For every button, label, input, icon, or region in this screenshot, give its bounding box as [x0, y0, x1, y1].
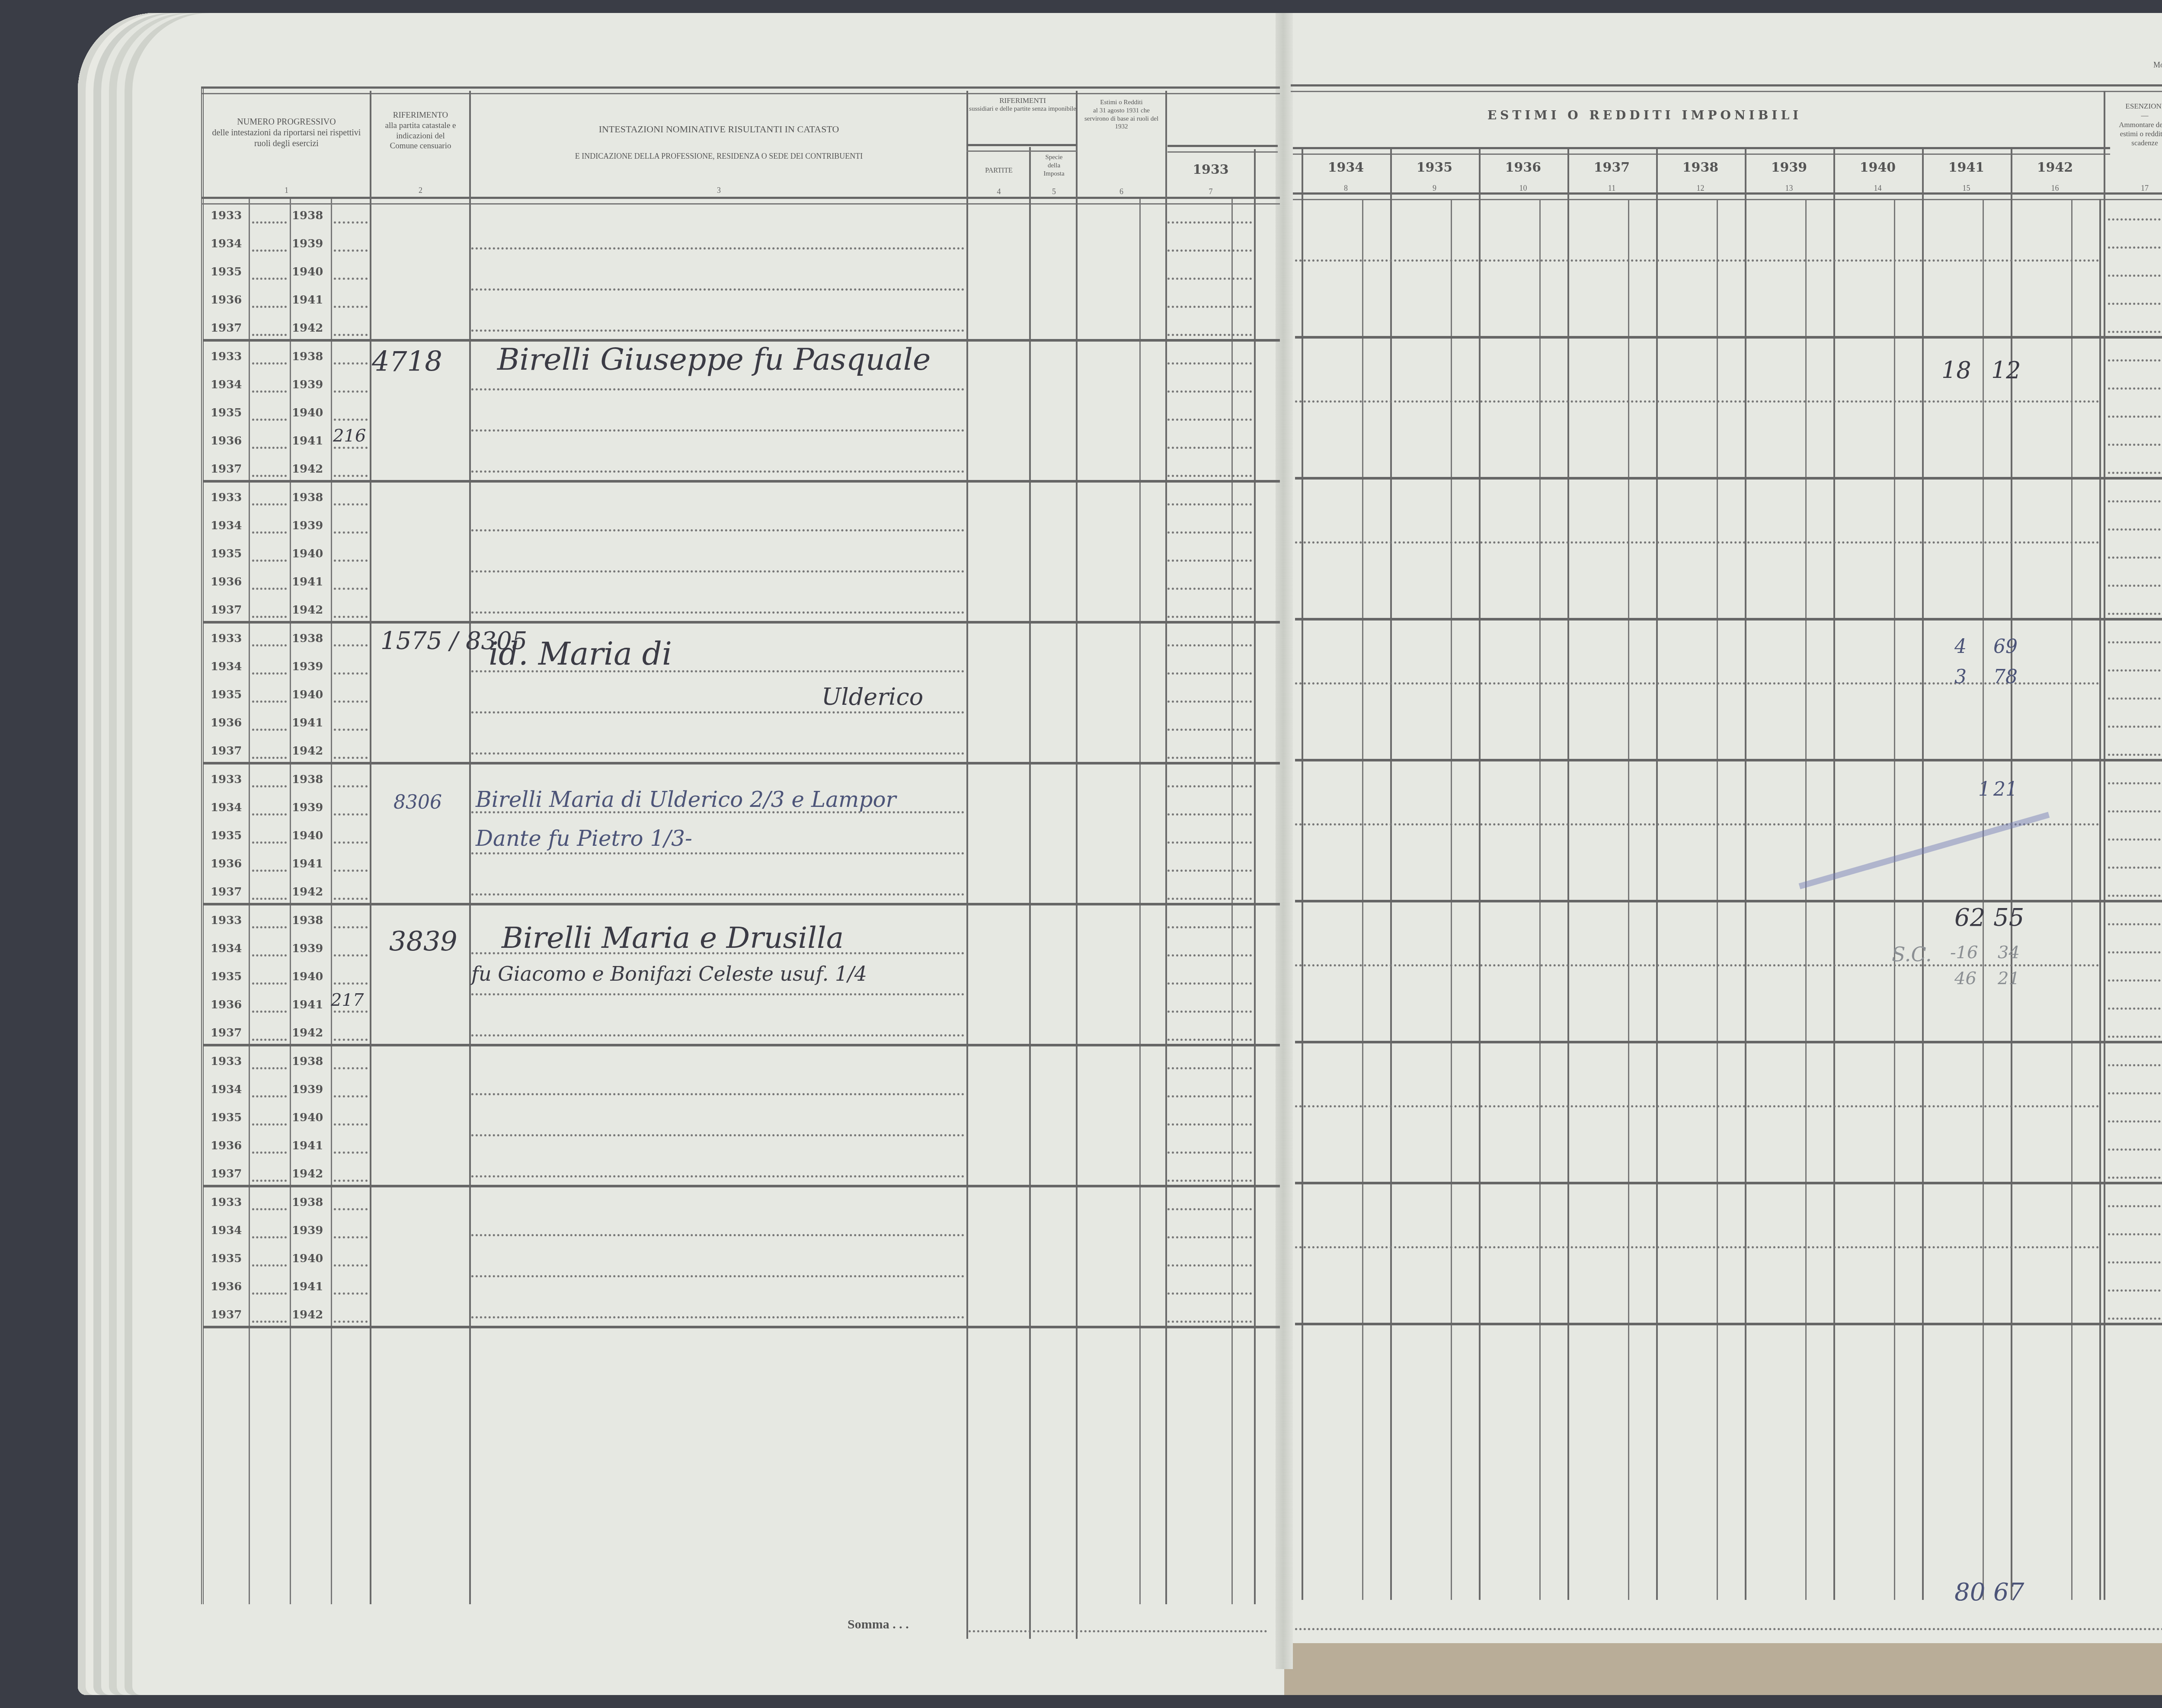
entry-intestazione-line1: Birelli Maria e Drusilla — [502, 921, 844, 955]
dotted-line — [252, 1095, 287, 1097]
dotted-line — [252, 1292, 287, 1295]
name-line — [471, 852, 964, 854]
header-body: sussidiari e delle partite senza imponib… — [969, 105, 1077, 113]
esenzioni-line — [2108, 1092, 2162, 1094]
dotted-line — [1167, 362, 1252, 365]
form-code: Mod. 111 - Imposte Dirette (Intercalare)… — [2153, 61, 2162, 70]
year-col-header: 1934 — [1302, 160, 1390, 175]
name-line — [471, 288, 964, 291]
dotted-line — [1167, 1123, 1252, 1126]
adjustment-cent: 34 — [1998, 943, 2020, 963]
year-label-a: 1934 — [211, 801, 242, 814]
year-label-a: 1935 — [211, 1111, 242, 1124]
header-col3-title: INTESTAZIONI NOMINATIVE RISULTANTI IN CA… — [471, 123, 966, 135]
year-label-b: 1942 — [292, 1308, 323, 1321]
esenzioni-line — [2108, 585, 2162, 587]
name-line — [471, 247, 964, 249]
esenzioni-line — [2108, 1148, 2162, 1151]
dotted-line — [334, 278, 368, 280]
year-label-a: 1933 — [211, 350, 242, 363]
dotted-line — [1167, 672, 1252, 675]
dotted-line — [334, 531, 368, 534]
esenzioni-line — [2108, 979, 2162, 982]
block-separator — [1295, 1323, 2162, 1325]
dotted-line — [252, 898, 287, 900]
dotted-line — [252, 503, 287, 505]
section-title: ESTIMI O REDDITI IMPONIBILI — [1487, 108, 1802, 122]
header-col6: Estimi o Redditi al 31 agosto 1931 che s… — [1078, 99, 1165, 131]
name-line — [471, 993, 964, 995]
year-col-header: 1939 — [1745, 160, 1833, 175]
year-label-b: 1939 — [292, 237, 323, 250]
cent-divider — [1451, 199, 1452, 1600]
dotted-line — [252, 334, 287, 336]
dotted-line — [334, 785, 368, 787]
dotted-line — [334, 616, 368, 618]
year-label-b: 1938 — [292, 209, 323, 222]
esenzioni-line — [2108, 726, 2162, 728]
dotted-line — [252, 447, 287, 449]
dotted-line — [252, 1321, 287, 1323]
dotted-line — [252, 221, 287, 224]
value-1941-cent: 21 — [1993, 778, 2018, 800]
dotted-line — [1167, 644, 1252, 646]
esenzioni-line — [2108, 1177, 2162, 1179]
col-number: 14 — [1833, 184, 1922, 193]
year-label-a: 1936 — [211, 1280, 242, 1293]
dotted-line — [334, 954, 368, 956]
year-col-divider — [1656, 149, 1658, 1600]
dotted-line — [1167, 616, 1252, 618]
year-label-b: 1938 — [292, 914, 323, 927]
header-body: alla partita catastale e indicazioni del… — [372, 121, 469, 151]
dotted-line — [252, 362, 287, 365]
year-col-header: 1940 — [1833, 160, 1922, 175]
dotted-line — [1167, 503, 1252, 505]
dotted-line — [252, 1151, 287, 1154]
year-label-b: 1942 — [292, 463, 323, 476]
esenzioni-line — [2108, 641, 2162, 643]
block-separator — [203, 903, 1280, 905]
dotted-line — [334, 898, 368, 900]
cent-divider — [1983, 199, 1984, 1600]
dotted-line — [1167, 813, 1252, 816]
esenzioni-line — [2108, 1289, 2162, 1292]
col-subdivider — [290, 199, 291, 1604]
header-bottom-rule — [1293, 192, 2162, 200]
year-label-b: 1941 — [292, 294, 323, 307]
dotted-line — [334, 1321, 368, 1323]
dotted-line — [252, 982, 287, 985]
dotted-line — [252, 1264, 287, 1267]
dotted-line — [334, 1123, 368, 1126]
block-separator — [203, 621, 1280, 624]
name-line — [471, 752, 964, 755]
header-col7-year: 1933 — [1167, 162, 1254, 177]
value-1941-cent: 69 — [1993, 636, 2018, 658]
block-separator — [203, 1326, 1280, 1328]
value-1941-cent: 55 — [1993, 904, 2024, 932]
cent-divider — [1805, 199, 1807, 1600]
dotted-line — [1167, 1236, 1252, 1238]
dotted-line — [252, 1208, 287, 1210]
dotted-line — [1167, 390, 1252, 393]
year-label-a: 1937 — [211, 1167, 242, 1180]
year-label-a: 1936 — [211, 576, 242, 589]
cent-divider — [1539, 199, 1541, 1600]
dotted-line — [252, 729, 287, 731]
dotted-line — [252, 278, 287, 280]
year-label-b: 1941 — [292, 857, 323, 870]
dotted-line — [1167, 1039, 1252, 1041]
value-1941-lire-2: 3 — [1954, 666, 1967, 688]
esenzioni-line — [2108, 218, 2162, 221]
entry-riferimento: 4718 — [372, 346, 442, 378]
name-line — [471, 329, 964, 332]
year-label-b: 1939 — [292, 1083, 323, 1096]
dotted-line — [1167, 475, 1252, 477]
esenzioni-line — [2108, 838, 2162, 841]
year-col-header: 1942 — [2011, 160, 2099, 175]
esenzioni-line — [2108, 246, 2162, 249]
dotted-line — [334, 334, 368, 336]
block-separator — [203, 762, 1280, 764]
year-col-header: 1935 — [1390, 160, 1479, 175]
esenzioni-line — [2108, 1120, 2162, 1123]
somma-divider — [1076, 1600, 1078, 1639]
year-label-a: 1936 — [211, 1139, 242, 1152]
col-number: 6 — [1078, 187, 1165, 196]
dotted-line — [334, 588, 368, 590]
year-label-b: 1941 — [292, 1139, 323, 1152]
year-label-a: 1934 — [211, 660, 242, 673]
entry-riferimento: 3839 — [389, 925, 457, 957]
value-line — [1295, 682, 2099, 684]
value-line — [1295, 823, 2099, 825]
entry-intestazione-line1: id. Maria di — [489, 636, 672, 672]
year-label-a: 1937 — [211, 745, 242, 758]
esenzioni-line — [2108, 697, 2162, 700]
dotted-line — [334, 1039, 368, 1041]
dotted-line — [334, 841, 368, 844]
year-label-a: 1936 — [211, 857, 242, 870]
col-divider — [2104, 91, 2105, 1600]
adjustment-lire: -16 — [1950, 943, 1978, 963]
year-label-a: 1935 — [211, 265, 242, 278]
col-number: 13 — [1745, 184, 1833, 193]
dotted-line — [334, 447, 368, 449]
esenzioni-line — [2108, 1318, 2162, 1320]
year-label-a: 1936 — [211, 998, 242, 1011]
col-divider — [1076, 91, 1078, 1604]
dotted-line — [334, 390, 368, 393]
dotted-line — [1167, 898, 1252, 900]
year-label-a: 1933 — [211, 491, 242, 504]
cent-divider — [1717, 199, 1718, 1600]
net-lire: 46 — [1954, 969, 1977, 988]
dotted-line — [334, 672, 368, 675]
dotted-line — [1167, 419, 1252, 421]
dotted-line — [252, 1039, 287, 1041]
header-col4: PARTITE — [969, 166, 1029, 175]
dotted-line — [1167, 757, 1252, 759]
year-label-b: 1940 — [292, 1111, 323, 1124]
entry-intestazione-line2: Dante fu Pietro 1/3- — [476, 826, 692, 851]
year-label-b: 1939 — [292, 801, 323, 814]
dotted-line — [252, 870, 287, 872]
cent-divider — [2071, 199, 2072, 1600]
dotted-line — [334, 362, 368, 365]
dotted-line — [252, 1236, 287, 1238]
esenzioni-line — [2108, 810, 2162, 812]
esenzioni-line — [2108, 1036, 2162, 1038]
year-label-b: 1939 — [292, 519, 323, 532]
name-line — [471, 711, 964, 713]
col-number: 15 — [1922, 184, 2011, 193]
col-number: 4 — [969, 187, 1029, 196]
header-body: delle intestazioni da riportarsi nei ris… — [203, 128, 370, 149]
year-label-b: 1939 — [292, 942, 323, 955]
dotted-line — [1167, 1151, 1252, 1154]
dotted-line — [334, 1236, 368, 1238]
header-title: RIFERIMENTO — [372, 110, 469, 121]
value-1941-lire: 4 — [1954, 636, 1967, 658]
year-label-b: 1938 — [292, 773, 323, 786]
name-line — [471, 429, 964, 432]
name-line — [471, 1316, 964, 1318]
cent-divider — [1894, 199, 1895, 1600]
dotted-line — [1167, 531, 1252, 534]
esenzioni-line — [2108, 895, 2162, 897]
year-label-b: 1942 — [292, 1027, 323, 1040]
year-label-b: 1938 — [292, 1055, 323, 1068]
dotted-line — [1167, 1264, 1252, 1267]
year-label-b: 1942 — [292, 604, 323, 617]
block-separator — [1295, 477, 2162, 480]
entry-riferimento: 8306 — [393, 791, 442, 813]
esenzioni-line — [2108, 472, 2162, 474]
dotted-line — [252, 531, 287, 534]
col-number: 9 — [1390, 184, 1479, 193]
value-1941-cent: 12 — [1991, 357, 2021, 384]
year-label-a: 1937 — [211, 886, 242, 899]
dotted-line — [1167, 334, 1252, 336]
col-number: 7 — [1167, 187, 1254, 196]
cent-divider — [1362, 199, 1363, 1600]
year-label-a: 1936 — [211, 294, 242, 307]
year-label-a: 1937 — [211, 322, 242, 335]
dotted-line — [1167, 588, 1252, 590]
year-label-a: 1933 — [211, 1196, 242, 1209]
top-double-rule — [1291, 84, 2162, 92]
year-col-divider — [1745, 149, 1746, 1600]
year-label-b: 1941 — [292, 998, 323, 1011]
dotted-line — [252, 419, 287, 421]
dotted-line — [334, 1011, 368, 1013]
cent-divider — [1628, 199, 1629, 1600]
block-separator — [1295, 618, 2162, 621]
dotted-line — [1167, 1208, 1252, 1210]
dotted-line — [252, 390, 287, 393]
dotted-line — [1167, 221, 1252, 224]
esenzioni-line — [2108, 416, 2162, 418]
dotted-line — [334, 1095, 368, 1097]
dotted-line — [1167, 954, 1252, 956]
name-line — [471, 893, 964, 896]
dotted-line — [1167, 785, 1252, 787]
esenzioni-line — [2108, 303, 2162, 305]
year-col-header: 1937 — [1567, 160, 1656, 175]
dotted-line — [252, 841, 287, 844]
year-label-a: 1934 — [211, 237, 242, 250]
year-label-b: 1940 — [292, 265, 323, 278]
dotted-line — [334, 1180, 368, 1182]
year-label-b: 1939 — [292, 1224, 323, 1237]
name-line — [471, 1234, 964, 1236]
net-cent: 21 — [1998, 969, 2020, 988]
col-divider — [469, 91, 471, 1604]
name-line — [471, 611, 964, 614]
total-1941-lire: 80 — [1954, 1578, 1985, 1606]
dotted-line — [252, 785, 287, 787]
year-col-divider — [1390, 149, 1392, 1600]
dotted-line — [1167, 870, 1252, 872]
year-label-a: 1936 — [211, 716, 242, 729]
esenzioni-line — [2108, 613, 2162, 615]
header-title: ESENZIONI — [2110, 102, 2162, 111]
total-1941-cent: 67 — [1993, 1578, 2024, 1606]
year-label-a: 1935 — [211, 406, 242, 419]
col-number: 12 — [1656, 184, 1745, 193]
year-label-b: 1938 — [292, 1196, 323, 1209]
name-line — [471, 529, 964, 531]
somma-divider — [966, 1600, 968, 1639]
col-number: 16 — [2011, 184, 2099, 193]
block-separator — [1295, 336, 2162, 339]
sub-rule — [1167, 145, 1278, 153]
dotted-line — [1167, 278, 1252, 280]
dotted-line — [252, 588, 287, 590]
col-number: 2 — [372, 186, 469, 195]
dotted-line — [252, 1123, 287, 1126]
header-title: NUMERO PROGRESSIVO — [203, 117, 370, 128]
value-line — [1295, 400, 2099, 403]
entry-intestazione-line2: fu Giacomo e Bonifazi Celeste usuf. 1/4 — [471, 962, 867, 985]
block-separator — [203, 1044, 1280, 1046]
year-label-b: 1942 — [292, 886, 323, 899]
dotted-line — [1167, 729, 1252, 731]
dotted-line — [1167, 560, 1252, 562]
year-label-b: 1941 — [292, 576, 323, 589]
year-label-a: 1935 — [211, 547, 242, 560]
dotted-line — [334, 1292, 368, 1295]
dotted-line — [334, 729, 368, 731]
total-line — [1295, 1628, 2162, 1630]
year-label-b: 1940 — [292, 1252, 323, 1265]
year-label-b: 1942 — [292, 322, 323, 335]
value-1941-lire: 1 — [1978, 778, 1990, 800]
dotted-line — [252, 1067, 287, 1069]
year-label-b: 1942 — [292, 1167, 323, 1180]
esenzioni-line — [2108, 528, 2162, 531]
dotted-line — [1167, 926, 1252, 928]
col-number: 10 — [1479, 184, 1567, 193]
col-number: 3 — [471, 186, 966, 195]
year-label-a: 1933 — [211, 1055, 242, 1068]
header-col2: RIFERIMENTO alla partita catastale e ind… — [372, 110, 469, 151]
dotted-line — [334, 1067, 368, 1069]
block-separator — [1295, 1041, 2162, 1043]
dotted-line — [1167, 447, 1252, 449]
esenzioni-line — [2108, 669, 2162, 672]
esenzioni-line — [2108, 754, 2162, 756]
year-label-a: 1933 — [211, 773, 242, 786]
dotted-line — [252, 672, 287, 675]
header-col1: NUMERO PROGRESSIVO delle intestazioni da… — [203, 117, 370, 149]
dotted-line — [334, 1151, 368, 1154]
left-frame — [201, 86, 204, 1604]
name-line — [471, 1275, 964, 1277]
dotted-line — [334, 870, 368, 872]
value-line — [1295, 1246, 2099, 1248]
year-label-a: 1937 — [211, 1308, 242, 1321]
year-col-header: 1941 — [1922, 160, 2011, 175]
year-label-a: 1935 — [211, 829, 242, 842]
year-label-a: 1934 — [211, 1224, 242, 1237]
header-bottom-rule — [201, 197, 1280, 205]
dotted-line — [1167, 1180, 1252, 1182]
dotted-line — [334, 813, 368, 816]
block-separator — [203, 480, 1280, 483]
esenzioni-line — [2108, 500, 2162, 502]
year-label-a: 1937 — [211, 463, 242, 476]
col-divider — [1254, 149, 1256, 1604]
year-label-b: 1938 — [292, 491, 323, 504]
block-separator — [203, 1185, 1280, 1187]
esenzioni-line — [2108, 331, 2162, 333]
dotted-line — [252, 954, 287, 956]
header-body: al 31 agosto 1931 che servirono di base … — [1084, 107, 1159, 131]
year-label-b: 1940 — [292, 688, 323, 701]
somma-divider — [1029, 1600, 1031, 1639]
col-divider — [370, 91, 371, 1604]
header-col3-body: E INDICAZIONE DELLA PROFESSIONE, RESIDEN… — [471, 151, 966, 161]
dotted-line — [334, 221, 368, 224]
top-double-rule — [201, 86, 1280, 94]
dotted-line — [334, 757, 368, 759]
entry-progressivo: 217 — [331, 990, 364, 1010]
year-label-b: 1940 — [292, 970, 323, 983]
sub-rule — [966, 144, 1077, 152]
block-separator — [1295, 1182, 2162, 1184]
name-line — [471, 1175, 964, 1177]
dotted-line — [252, 813, 287, 816]
esenzioni-line — [2108, 359, 2162, 361]
dotted-line — [334, 700, 368, 703]
year-col-header: 1936 — [1479, 160, 1567, 175]
year-label-b: 1941 — [292, 435, 323, 448]
value-1941-cent-2: 78 — [1993, 666, 2018, 688]
name-line — [471, 1134, 964, 1136]
name-line — [471, 1034, 964, 1036]
year-col-divider — [1479, 149, 1481, 1600]
dotted-line — [1167, 1011, 1252, 1013]
dotted-line — [334, 926, 368, 928]
year-label-a: 1933 — [211, 914, 242, 927]
block-separator — [1295, 900, 2162, 902]
year-label-b: 1941 — [292, 1280, 323, 1293]
dotted-line — [334, 1208, 368, 1210]
